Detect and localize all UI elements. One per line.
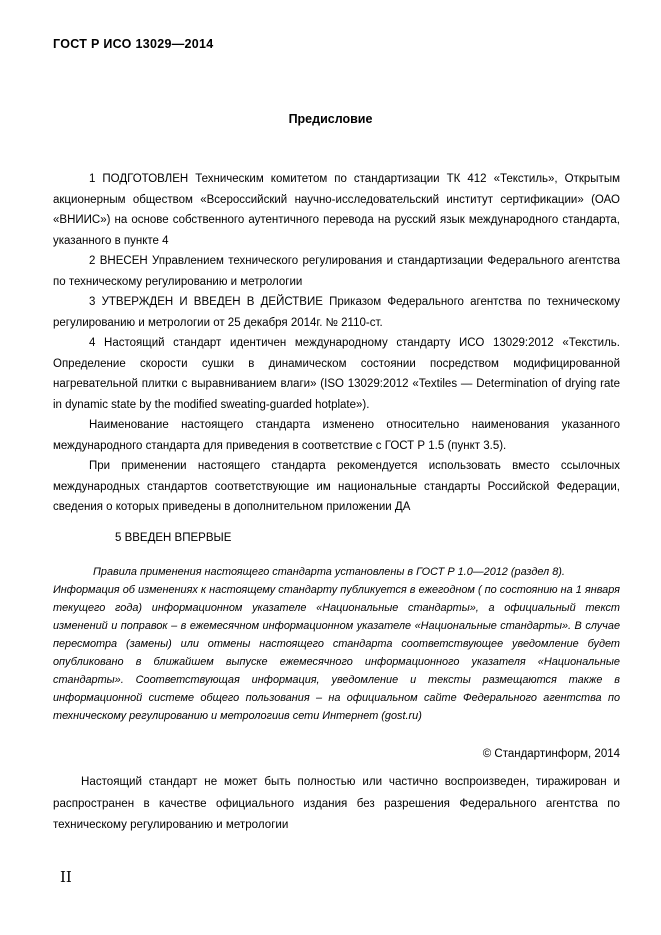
document-page: ГОСТ Р ИСО 13029—2014 Предисловие 1 ПОДГ… (0, 0, 661, 935)
foreword-item-6: При применении настоящего стандарта реко… (53, 456, 620, 518)
page-title: Предисловие (0, 112, 661, 126)
application-note: Правила применения настоящего стандарта … (53, 563, 620, 725)
application-rules-note: Правила применения настоящего стандарта … (53, 563, 620, 581)
foreword-item-4: 4 Настоящий стандарт идентичен междунаро… (53, 333, 620, 415)
page-number: II (60, 868, 72, 886)
foreword-item-1: 1 ПОДГОТОВЛЕН Техническим комитетом по с… (53, 169, 620, 251)
foreword-item-2: 2 ВНЕСЕН Управлением технического регули… (53, 251, 620, 292)
foreword-item-3: 3 УТВЕРЖДЕН И ВВЕДЕН В ДЕЙСТВИЕ Приказом… (53, 292, 620, 333)
copyright-notice: © Стандартинформ, 2014 (53, 746, 620, 762)
doc-code: ГОСТ Р ИСО 13029—2014 (53, 37, 214, 51)
foreword-content: 1 ПОДГОТОВЛЕН Техническим комитетом по с… (53, 169, 620, 836)
standards-info-note: Информация об изменениях к настоящему ст… (53, 581, 620, 725)
clause-5-introduced: 5 ВВЕДЕН ВПЕРВЫЕ (53, 528, 620, 549)
foreword-item-5: Наименование настоящего стандарта измене… (53, 415, 620, 456)
reproduction-notice: Настоящий стандарт не может быть полност… (53, 771, 620, 836)
